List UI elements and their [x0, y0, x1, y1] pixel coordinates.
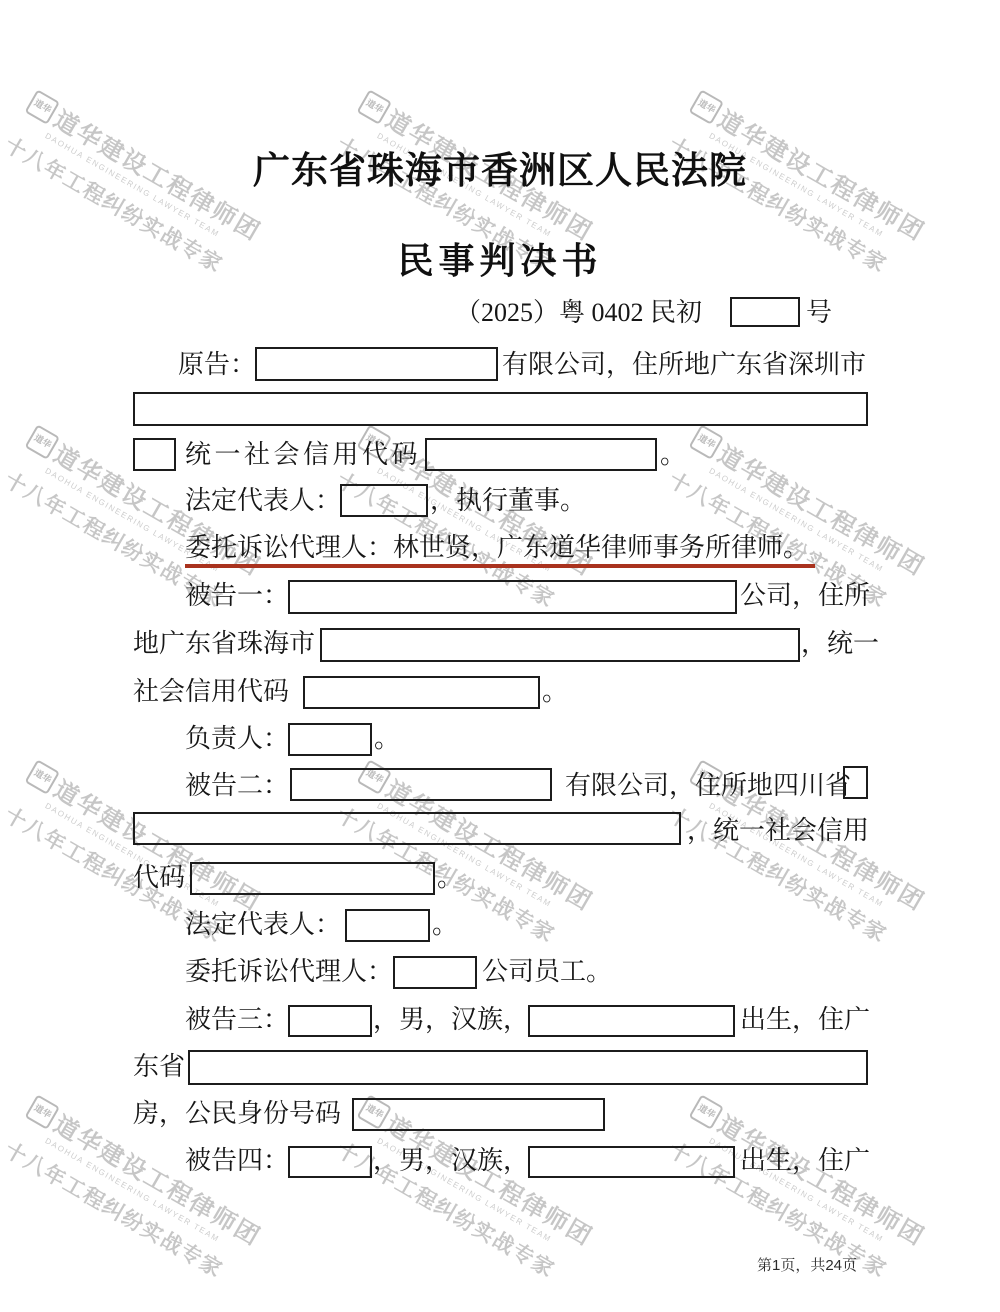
- redacted-box-defendant4-name: [288, 1146, 372, 1178]
- redacted-box-plaintiff-address-tail: [133, 438, 176, 471]
- defendant1-addr-prefix: 地广东省珠海市: [133, 627, 315, 661]
- plaintiff-rep-after: ，执行董事。: [430, 484, 586, 518]
- defendant2-label: 被告二：: [185, 769, 289, 803]
- redacted-box-case-number: [730, 297, 800, 327]
- redacted-box-plaintiff-rep: [340, 484, 428, 517]
- defendant2-credit-period: 。: [437, 861, 463, 895]
- redacted-box-defendant2-credit-code: [190, 862, 435, 895]
- defendant2-agent-after: 公司员工。: [482, 955, 612, 989]
- redacted-box-defendant2-name: [290, 768, 552, 801]
- redacted-box-defendant1-manager: [288, 723, 372, 756]
- plaintiff-after-name: 有限公司，住所地广东省深圳市: [502, 348, 866, 382]
- redacted-box-defendant2-address: [133, 812, 681, 845]
- redacted-box-plaintiff-credit-code: [425, 438, 657, 471]
- defendant3-id-prefix: 房，公民身份号码: [133, 1097, 341, 1131]
- defendant3-mid: ，男，汉族，: [373, 1003, 529, 1037]
- defendant1-manager-label: 负责人：: [185, 722, 289, 756]
- defendant4-label: 被告四：: [185, 1144, 289, 1178]
- defendant1-credit-period: 。: [542, 675, 568, 709]
- plaintiff-label: 原告：: [178, 348, 256, 382]
- redacted-box-plaintiff-name: [255, 347, 498, 381]
- redacted-box-defendant1-credit-code: [303, 676, 540, 709]
- defendant2-addr-after: ，统一社会信用: [687, 814, 869, 848]
- court-title: 广东省珠海市香洲区人民法院: [0, 140, 1000, 194]
- defendant1-label: 被告一：: [185, 579, 289, 613]
- redacted-box-plaintiff-address: [133, 392, 868, 426]
- defendant1-after-name: 公司，住所: [740, 579, 870, 613]
- defendant4-mid: ，男，汉族，: [373, 1144, 529, 1178]
- defendant1-addr-after: ，统一: [801, 627, 879, 661]
- redacted-box-defendant1-address: [320, 628, 800, 662]
- case-number-suffix: 号: [806, 296, 832, 330]
- red-underline: [185, 564, 815, 568]
- redacted-box-defendant1-name: [288, 580, 737, 614]
- defendant2-rep-period: 。: [432, 908, 458, 942]
- redacted-box-defendant3-birthdate: [528, 1005, 735, 1037]
- plaintiff-credit-period: 。: [660, 438, 686, 472]
- defendant1-credit-prefix: 社会信用代码: [133, 675, 289, 709]
- defendant1-manager-period: 。: [374, 722, 400, 756]
- plaintiff-rep-label: 法定代表人：: [185, 484, 341, 518]
- document-content: 广东省珠海市香洲区人民法院 民事判决书 （2025）粤 0402 民初 号 原告…: [0, 0, 1000, 1312]
- redacted-box-defendant3-id-number: [352, 1098, 605, 1131]
- redacted-box-defendant3-name: [288, 1005, 372, 1037]
- document-title: 民事判决书: [0, 233, 1000, 284]
- defendant2-credit-prefix: 代码: [133, 861, 185, 895]
- redacted-box-defendant2-rep: [345, 909, 430, 942]
- defendant3-addr-prefix: 东省: [133, 1050, 185, 1084]
- redacted-box-defendant3-address: [188, 1050, 868, 1085]
- page-number: 第1页，共24页: [757, 1254, 857, 1275]
- defendant4-birth-after: 出生，住广: [740, 1144, 870, 1178]
- plaintiff-agent-line: 委托诉讼代理人：林世贤，广东道华律师事务所律师。: [185, 531, 809, 565]
- redacted-box-defendant2-agent: [393, 956, 477, 989]
- judgment-page: 道华 道华建设工程律师团 DAOHUA ENGINEERING LAWYER T…: [0, 0, 1000, 1312]
- defendant2-rep-label: 法定代表人：: [185, 908, 341, 942]
- plaintiff-credit-label: 统一社会信用代码: [185, 438, 421, 472]
- redacted-box-defendant4-birthdate: [528, 1146, 735, 1178]
- defendant3-birth-after: 出生，住广: [740, 1003, 870, 1037]
- redacted-box-defendant2-address-start: [843, 766, 868, 799]
- defendant2-agent-label: 委托诉讼代理人：: [185, 955, 393, 989]
- defendant2-after-name: 有限公司，住所地四川省: [565, 769, 851, 803]
- defendant3-label: 被告三：: [185, 1003, 289, 1037]
- case-number-prefix: （2025）粤 0402 民初: [455, 296, 702, 330]
